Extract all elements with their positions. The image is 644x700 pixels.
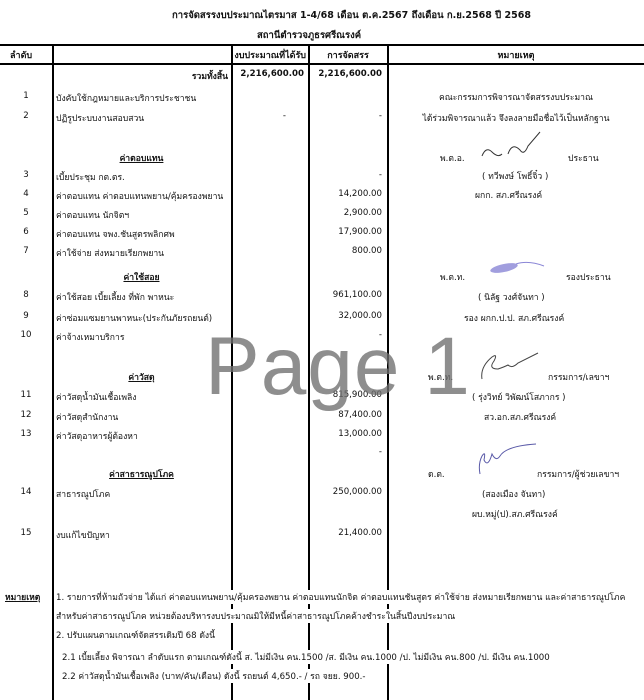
committee-line-2: ได้ร่วมพิจารณาแล้ว จึงลงลายมือชื่อไว้เป็…	[388, 111, 644, 125]
signatory-1-rank: พ.ต.อ.	[440, 151, 465, 165]
document-title: การจัดสรรงบประมาณไตรมาส 1-4/68 เดือน ต.ค…	[172, 8, 531, 23]
row-received: -	[232, 111, 286, 121]
row-allocated: 17,900.00	[310, 227, 382, 237]
signatory-3-role: กรรมการ/เลขาฯ	[548, 370, 609, 384]
row-item: งบแก้ไขปัญหา	[56, 528, 110, 542]
row-item: ค่าตอบแทน นักจิตฯ	[56, 208, 129, 222]
row-number: 8	[16, 290, 36, 300]
row-allocated: 13,000.00	[310, 429, 382, 439]
header-bottom-border	[0, 63, 644, 65]
total-received: 2,216,600.00	[232, 69, 304, 79]
row-number: 14	[16, 487, 36, 497]
row-item: ปฏิรูประบบงานสอบสวน	[56, 111, 144, 125]
signature-icon	[478, 347, 540, 383]
row-item: ค่าวัสดุสำนักงาน	[56, 410, 118, 424]
row-item: ค่าตอบแทน จพง.ชันสูตรพลิกศพ	[56, 227, 175, 241]
notes-line-4: 2.1 เบี้ยเลี้ยง พิจารณา ลำดับแรก ตามเกณฑ…	[62, 650, 550, 664]
row-item: ค่าวัสดุอาหารผู้ต้องหา	[56, 429, 138, 443]
row-item: ค่าตอบแทน ค่าตอบแทนพยาน/คุ้มครองพยาน	[56, 189, 223, 203]
document-subtitle: สถานีตำรวจภูธรศรีณรงค์	[257, 28, 361, 43]
row-allocated: -	[310, 111, 382, 121]
header-allocated: การจัดสรร	[310, 48, 386, 62]
row-allocated: 21,400.00	[310, 528, 382, 538]
row-allocated: 87,400.00	[310, 410, 382, 420]
row-number: 11	[16, 390, 36, 400]
row-number: 2	[16, 111, 36, 121]
row-number: 4	[16, 189, 36, 199]
row-item: ค่าใช้จ่าย ส่งหมายเรียกพยาน	[56, 246, 164, 260]
row-item: เบี้ยประชุม กต.ตร.	[56, 170, 125, 184]
signature-icon	[478, 128, 548, 164]
row-number: 3	[16, 170, 36, 180]
signatory-3-name: ( รุ่งวิทย์ วิพัฒน์โสภากร )	[472, 390, 566, 404]
row-allocated: 2,900.00	[310, 208, 382, 218]
row-number: 1	[16, 91, 36, 101]
header-received: งบประมาณที่ได้รับ	[232, 48, 306, 62]
row-item: ค่าใช้สอย เบี้ยเลี้ยง ที่พัก พาหนะ	[56, 290, 174, 304]
notes-line-3: 2. ปรับแผนตามเกณฑ์จัดสรรเดิมปี 68 ดังนี้	[56, 628, 215, 642]
row-item: ค่าจ้างเหมาบริการ	[56, 330, 124, 344]
notes-label: หมายเหตุ	[5, 590, 40, 604]
signature-icon	[488, 258, 548, 278]
row-item: ค่าซ่อมแซมยานพาหนะ(ประกันภัยรถยนต์)	[56, 311, 212, 325]
row-number: 15	[16, 528, 36, 538]
row-item: ค่าวัสดุน้ำมันเชื้อเพลิง	[56, 390, 136, 404]
signatory-2-role: รองประธาน	[566, 270, 611, 284]
signatory-4-rank: ด.ต.	[428, 467, 445, 481]
header-no: ลำดับ	[10, 48, 32, 62]
signatory-1-name: ( ทวีพงษ์ โพธิ์จิ๋ว )	[482, 169, 548, 183]
row-item: บังคับใช้กฎหมายและบริการประชาชน	[56, 91, 196, 105]
extra-dash: -	[310, 447, 382, 457]
row-allocated: 14,200.00	[310, 189, 382, 199]
section-heading-compensation: ค่าตอบแทน	[52, 151, 231, 165]
signatory-4-name: (สองเมือง จันทา)	[482, 487, 545, 501]
signature-icon	[474, 442, 544, 478]
row-allocated: -	[310, 330, 382, 340]
signatory-3-position: สว.อก.สภ.ศรีณรงค์	[484, 410, 556, 424]
total-allocated: 2,216,600.00	[310, 69, 382, 79]
total-label: รวมทั้งสิ้น	[150, 69, 228, 83]
row-item: สาธารณูปโภค	[56, 487, 110, 501]
signatory-2-position: รอง ผกก.ป.ป. สภ.ศรีณรงค์	[464, 311, 564, 325]
signatory-1-position: ผกก. สภ.ศรีณรงค์	[475, 188, 542, 202]
row-allocated: 800.00	[310, 246, 382, 256]
signatory-3-rank: พ.ต.ท.	[428, 370, 453, 384]
row-number: 10	[16, 330, 36, 340]
notes-line-1: 1. รายการที่ห้ามถัวจ่าย ได้แก่ ค่าตอบแทน…	[56, 590, 625, 604]
signatory-4-role: กรรมการ/ผู้ช่วยเลขาฯ	[537, 467, 619, 481]
signatory-1-role: ประธาน	[568, 151, 599, 165]
header-remarks: หมายเหตุ	[388, 48, 644, 62]
row-number: 5	[16, 208, 36, 218]
row-allocated: -	[310, 170, 382, 180]
row-number: 13	[16, 429, 36, 439]
signatory-4-position: ผบ.หมู่(ป).สภ.ศรีณรงค์	[472, 507, 558, 521]
row-allocated: 961,100.00	[310, 290, 382, 300]
row-number: 9	[16, 311, 36, 321]
row-number: 12	[16, 410, 36, 420]
section-heading-utilities: ค่าสาธารณูปโภค	[52, 467, 231, 481]
row-number: 6	[16, 227, 36, 237]
notes-line-5: 2.2 ค่าวัสดุน้ำมันเชื้อเพลิง (บาท/คัน/เด…	[62, 669, 366, 683]
section-heading-materials: ค่าวัสดุ	[52, 370, 231, 384]
row-allocated: 250,000.00	[310, 487, 382, 497]
signatory-2-rank: พ.ต.ท.	[440, 270, 465, 284]
row-allocated: 32,000.00	[310, 311, 382, 321]
committee-line-1: คณะกรรมการพิจารณาจัดสรรงบประมาณ	[388, 90, 644, 104]
signatory-2-name: ( นิลัฐ วงศ์จันทา )	[478, 290, 545, 304]
row-number: 7	[16, 246, 36, 256]
row-allocated: 815,900.00	[310, 390, 382, 400]
notes-line-2: สำหรับค่าสาธารณูปโภค หน่วยต้องบริหารงบปร…	[56, 609, 455, 623]
section-heading-expenses: ค่าใช้สอย	[52, 270, 231, 284]
table-top-border	[0, 44, 644, 46]
